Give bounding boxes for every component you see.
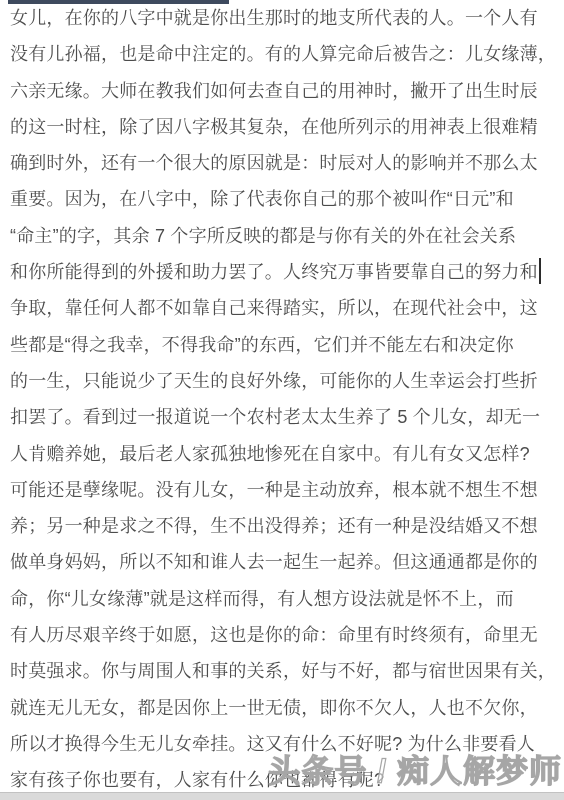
text-line: 重要。因为，在八字中，除了代表你自己的那个被叫作“日元”和 [10, 181, 562, 217]
text-line: 女儿，在你的八字中就是你出生那时的地支所代表的人。一个人有 [10, 0, 562, 36]
text-line: 时莫强求。你与周围人和事的关系，好与不好，都与宿世因果有关， [10, 653, 562, 689]
text-line: 有人历尽艰辛终于如愿，这也是你的命：命里有时终须有，命里无 [10, 617, 562, 653]
text-line: 就连无儿无女，都是因你上一世无债，即你不欠人，人也不欠你， [10, 690, 562, 726]
text-line: 的这一时柱，除了因八字极其复杂，在他所列示的用神表上很难精 [10, 109, 562, 145]
text-cursor [539, 258, 541, 284]
text-line: 些都是“得之我幸，不得我命”的东西，它们并不能左右和决定你 [10, 327, 562, 363]
text-line: 养；另一种是求之不得，生不出没得养；还有一种是没结婚又不想 [10, 508, 562, 544]
article-page: 女儿，在你的八字中就是你出生那时的地支所代表的人。一个人有没有儿孙福，也是命中注… [0, 0, 564, 800]
bottom-divider-bar [0, 792, 564, 800]
text-line: 人肯赡养她，最后老人家孤独地惨死在自家中。有儿有女又怎样? [10, 436, 562, 472]
text-line: 可能还是孽缘呢。没有儿女，一种是主动放弃，根本就不想生不想 [10, 472, 562, 508]
text-line: 命，你“儿女缘薄”就是这样而得，有人想方设法就是怀不上，而 [10, 581, 562, 617]
text-line: 的一生，只能说少了天生的良好外缘，可能你的人生幸运会打些折 [10, 363, 562, 399]
watermark: 头条号 / 痴人解梦师 [268, 746, 562, 792]
text-line: 扣罢了。看到过一报道说一个农村老太太生养了 5 个儿女，却无一 [10, 399, 562, 435]
text-line: 争取，靠任何人都不如靠自己来得踏实，所以，在现代社会中，这 [10, 290, 562, 326]
text-line: “命主”的字，其余 7 个字所反映的都是与你有关的外在社会关系 [10, 218, 562, 254]
text-line: 六亲无缘。大师在教我们如何去查自己的用神时，撇开了出生时辰 [10, 73, 562, 109]
text-line: 没有儿孙福，也是命中注定的。有的人算完命后被告之：儿女缘薄， [10, 36, 562, 72]
text-line: 做单身妈妈，所以不知和谁人去一起生一起养。但这通通都是你的 [10, 544, 562, 580]
article-text[interactable]: 女儿，在你的八字中就是你出生那时的地支所代表的人。一个人有没有儿孙福，也是命中注… [10, 0, 562, 799]
text-line: 和你所能得到的外援和助力罢了。人终究万事皆要靠自己的努力和 [10, 254, 562, 290]
text-line: 确到时外，还有一个很大的原因就是：时辰对人的影响并不那么太 [10, 145, 562, 181]
